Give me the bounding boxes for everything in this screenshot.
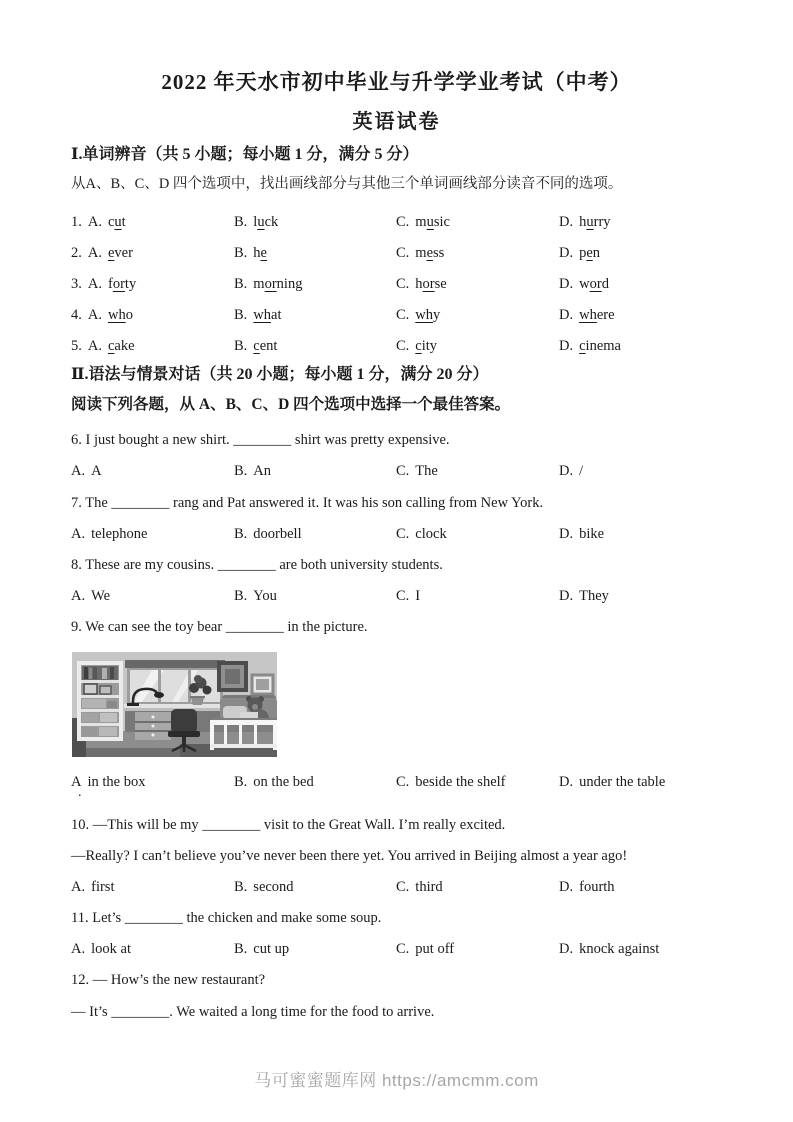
option-label: D. xyxy=(559,588,573,604)
q1-option-c: C.music xyxy=(396,212,559,232)
underlined-letters: or xyxy=(423,276,435,292)
q9-option-b: B.on the bed xyxy=(234,772,396,792)
option-word: pen xyxy=(579,245,600,261)
option-text: The xyxy=(415,463,438,479)
option-label: C. xyxy=(396,307,409,323)
option-label: B. xyxy=(234,941,247,957)
q10-stem-line1: 10. —This will be my ________ visit to t… xyxy=(71,815,723,835)
q7-option-a: A.telephone xyxy=(71,524,234,544)
q7-stem: 7. The ________ rang and Pat answered it… xyxy=(71,493,723,513)
option-label: A. xyxy=(88,214,102,230)
q8-option-d: D.They xyxy=(559,586,723,606)
question-number: 4. xyxy=(71,307,82,323)
option-label: B. xyxy=(234,879,247,895)
option-label: B. xyxy=(234,774,247,790)
underlined-letters: or xyxy=(265,276,277,292)
q11-option-a: A.look at xyxy=(71,939,234,959)
underlined-letters: e xyxy=(261,245,267,261)
q10-option-a: A.first xyxy=(71,877,234,897)
option-word: ever xyxy=(108,245,133,261)
q6-options: A.A B.An C.The D./ xyxy=(71,461,723,481)
option-text: / xyxy=(579,463,583,479)
q5-option-a: 5.A.cake xyxy=(71,336,234,356)
option-label: C. xyxy=(396,526,409,542)
option-word: city xyxy=(415,338,437,354)
q4-option-d: D.where xyxy=(559,305,723,325)
option-word: hurry xyxy=(579,214,610,230)
underlined-letters: u xyxy=(114,214,121,230)
option-text: knock against xyxy=(579,941,659,957)
q7-option-d: D.bike xyxy=(559,524,723,544)
option-word: who xyxy=(108,307,133,323)
page-title: 2022 年天水市初中毕业与升学学业考试（中考） xyxy=(0,69,793,95)
page-subtitle: 英语试卷 xyxy=(0,110,793,135)
option-text: on the bed xyxy=(253,774,313,790)
q9-options: Ain the box B.on the bed C.beside the sh… xyxy=(71,772,723,792)
q10-option-c: C.third xyxy=(396,877,559,897)
option-label: C. xyxy=(396,245,409,261)
q6-stem: 6. I just bought a new shirt. ________ s… xyxy=(71,430,723,450)
option-label: A. xyxy=(88,276,102,292)
option-text: cut up xyxy=(253,941,289,957)
q8-stem: 8. These are my cousins. ________ are bo… xyxy=(71,555,723,575)
watermark-footer: 马可蜜蜜题库网 https://amcmm.com xyxy=(0,1066,793,1091)
q9-option-a: Ain the box xyxy=(71,772,234,792)
option-text: doorbell xyxy=(253,526,301,542)
option-label: A. xyxy=(88,338,102,354)
q5-option-c: C.city xyxy=(396,336,559,356)
q4-option-a: 4.A.who xyxy=(71,305,234,325)
q5-row: 5.A.cake B.cent C.city D.cinema xyxy=(71,336,723,356)
q2-row: 2.A.ever B.he C.mess D.pen xyxy=(71,243,723,263)
option-text: You xyxy=(253,588,277,604)
q7-option-b: B.doorbell xyxy=(234,524,396,544)
option-label: B. xyxy=(234,245,247,261)
q3-option-c: C.horse xyxy=(396,274,559,294)
option-label: D. xyxy=(559,214,573,230)
option-text: We xyxy=(91,588,110,604)
q6-option-c: C.The xyxy=(396,461,559,481)
underlined-letters: or xyxy=(590,276,602,292)
q2-option-a: 2.A.ever xyxy=(71,243,234,263)
q3-option-b: B.morning xyxy=(234,274,396,294)
option-word: word xyxy=(579,276,609,292)
option-text: fourth xyxy=(579,879,614,895)
q3-row: 3.A.forty B.morning C.horse D.word xyxy=(71,274,723,294)
q11-options: A.look at B.cut up C.put off D.knock aga… xyxy=(71,939,723,959)
q5-option-b: B.cent xyxy=(234,336,396,356)
option-text: A xyxy=(91,463,101,479)
option-label: C. xyxy=(396,941,409,957)
option-text: clock xyxy=(415,526,446,542)
question-number: 5. xyxy=(71,338,82,354)
q2-option-c: C.mess xyxy=(396,243,559,263)
room-illustration xyxy=(72,652,277,757)
option-label: C. xyxy=(396,879,409,895)
option-word: morning xyxy=(253,276,302,292)
option-label: C. xyxy=(396,774,409,790)
option-text: I xyxy=(415,588,420,604)
option-word: where xyxy=(579,307,614,323)
question-number: 1. xyxy=(71,214,82,230)
option-text: under the table xyxy=(579,774,665,790)
q12-stem-line1: 12. — How’s the new restaurant? xyxy=(71,970,723,990)
option-text: bike xyxy=(579,526,604,542)
q5-option-d: D.cinema xyxy=(559,336,723,356)
option-text: They xyxy=(579,588,609,604)
exam-document-page: 2022 年天水市初中毕业与升学学业考试（中考） 英语试卷 Ⅰ.单词辨音（共 5… xyxy=(0,0,793,1122)
option-label: D. xyxy=(559,774,573,790)
q4-row: 4.A.who B.what C.why D.where xyxy=(71,305,723,325)
question-number: 2. xyxy=(71,245,82,261)
q4-option-c: C.why xyxy=(396,305,559,325)
option-label: A. xyxy=(71,588,85,604)
option-label: D. xyxy=(559,879,573,895)
option-label: B. xyxy=(234,276,247,292)
q1-option-b: B.luck xyxy=(234,212,396,232)
option-word: cent xyxy=(253,338,277,354)
option-text: An xyxy=(253,463,271,479)
q8-option-c: C.I xyxy=(396,586,559,606)
q1-option-a: 1.A.cut xyxy=(71,212,234,232)
underlined-letters: u xyxy=(586,214,593,230)
option-label: D. xyxy=(559,526,573,542)
option-word: he xyxy=(253,245,267,261)
option-word: what xyxy=(253,307,281,323)
q9-stem: 9. We can see the toy bear ________ in t… xyxy=(71,617,723,637)
option-label: A. xyxy=(71,879,85,895)
q8-option-b: B.You xyxy=(234,586,396,606)
q10-option-d: D.fourth xyxy=(559,877,723,897)
option-word: why xyxy=(415,307,440,323)
underlined-letters: u xyxy=(257,214,264,230)
option-label: A. xyxy=(71,941,85,957)
q2-option-b: B.he xyxy=(234,243,396,263)
underlined-letters: wh xyxy=(579,307,597,323)
option-label: A. xyxy=(88,307,102,323)
option-text: third xyxy=(415,879,442,895)
q1-option-d: D.hurry xyxy=(559,212,723,232)
option-label: D. xyxy=(559,276,573,292)
section2-heading: Ⅱ.语法与情景对话（共 20 小题；每小题 1 分，满分 20 分） xyxy=(71,364,723,385)
q6-option-b: B.An xyxy=(234,461,396,481)
section1-heading: Ⅰ.单词辨音（共 5 小题；每小题 1 分，满分 5 分） xyxy=(71,144,723,165)
option-label: A. xyxy=(71,526,85,542)
underlined-letters: u xyxy=(427,214,434,230)
stray-period-mark: . xyxy=(78,788,82,798)
section2-instruction: 阅读下列各题，从 A、B、C、D 四个选项中选择一个最佳答案。 xyxy=(71,394,723,415)
option-word: mess xyxy=(415,245,444,261)
option-text: second xyxy=(253,879,293,895)
q3-option-a: 3.A.forty xyxy=(71,274,234,294)
option-word: luck xyxy=(253,214,278,230)
option-label: D. xyxy=(559,245,573,261)
option-text: look at xyxy=(91,941,131,957)
underlined-letters: or xyxy=(113,276,125,292)
underlined-letters: wh xyxy=(108,307,126,323)
option-word: horse xyxy=(415,276,446,292)
q3-option-d: D.word xyxy=(559,274,723,294)
q11-stem: 11. Let’s ________ the chicken and make … xyxy=(71,908,723,928)
option-text: in the box xyxy=(87,774,145,790)
option-text: put off xyxy=(415,941,454,957)
option-text: first xyxy=(91,879,114,895)
q10-option-b: B.second xyxy=(234,877,396,897)
option-label: C. xyxy=(396,214,409,230)
q10-stem-line2: —Really? I can’t believe you’ve never be… xyxy=(71,846,723,866)
option-label: C. xyxy=(396,338,409,354)
option-label: A. xyxy=(71,463,85,479)
option-word: cut xyxy=(108,214,126,230)
q11-option-b: B.cut up xyxy=(234,939,396,959)
option-label: D. xyxy=(559,338,573,354)
option-word: cinema xyxy=(579,338,621,354)
option-label: B. xyxy=(234,526,247,542)
option-label: A. xyxy=(88,245,102,261)
option-label: B. xyxy=(234,214,247,230)
underlined-letters: wh xyxy=(253,307,271,323)
option-label: B. xyxy=(234,463,247,479)
option-label: B. xyxy=(234,338,247,354)
option-label: C. xyxy=(396,463,409,479)
q6-option-a: A.A xyxy=(71,461,234,481)
option-label: C. xyxy=(396,588,409,604)
option-word: cake xyxy=(108,338,135,354)
option-label: D. xyxy=(559,463,573,479)
option-label: B. xyxy=(234,588,247,604)
q11-option-d: D.knock against xyxy=(559,939,723,959)
q7-options: A.telephone B.doorbell C.clock D.bike xyxy=(71,524,723,544)
option-label: B. xyxy=(234,307,247,323)
q7-option-c: C.clock xyxy=(396,524,559,544)
q8-options: A.We B.You C.I D.They xyxy=(71,586,723,606)
q4-option-b: B.what xyxy=(234,305,396,325)
q6-option-d: D./ xyxy=(559,461,723,481)
q1-row: 1.A.cut B.luck C.music D.hurry xyxy=(71,212,723,232)
q12-stem-line2: — It’s ________. We waited a long time f… xyxy=(71,1002,723,1022)
option-text: beside the shelf xyxy=(415,774,505,790)
option-label: D. xyxy=(559,941,573,957)
option-label: C. xyxy=(396,276,409,292)
option-word: forty xyxy=(108,276,136,292)
option-text: telephone xyxy=(91,526,147,542)
option-label: D. xyxy=(559,307,573,323)
underlined-letters: wh xyxy=(415,307,433,323)
q8-option-a: A.We xyxy=(71,586,234,606)
q11-option-c: C.put off xyxy=(396,939,559,959)
q2-option-d: D.pen xyxy=(559,243,723,263)
option-word: music xyxy=(415,214,450,230)
section1-instruction: 从A、B、C、D 四个选项中，找出画线部分与其他三个单词画线部分读音不同的选项。 xyxy=(71,174,723,194)
question-number: 3. xyxy=(71,276,82,292)
q10-options: A.first B.second C.third D.fourth xyxy=(71,877,723,897)
q9-option-d: D.under the table xyxy=(559,772,723,792)
q9-option-c: C.beside the shelf xyxy=(396,772,559,792)
